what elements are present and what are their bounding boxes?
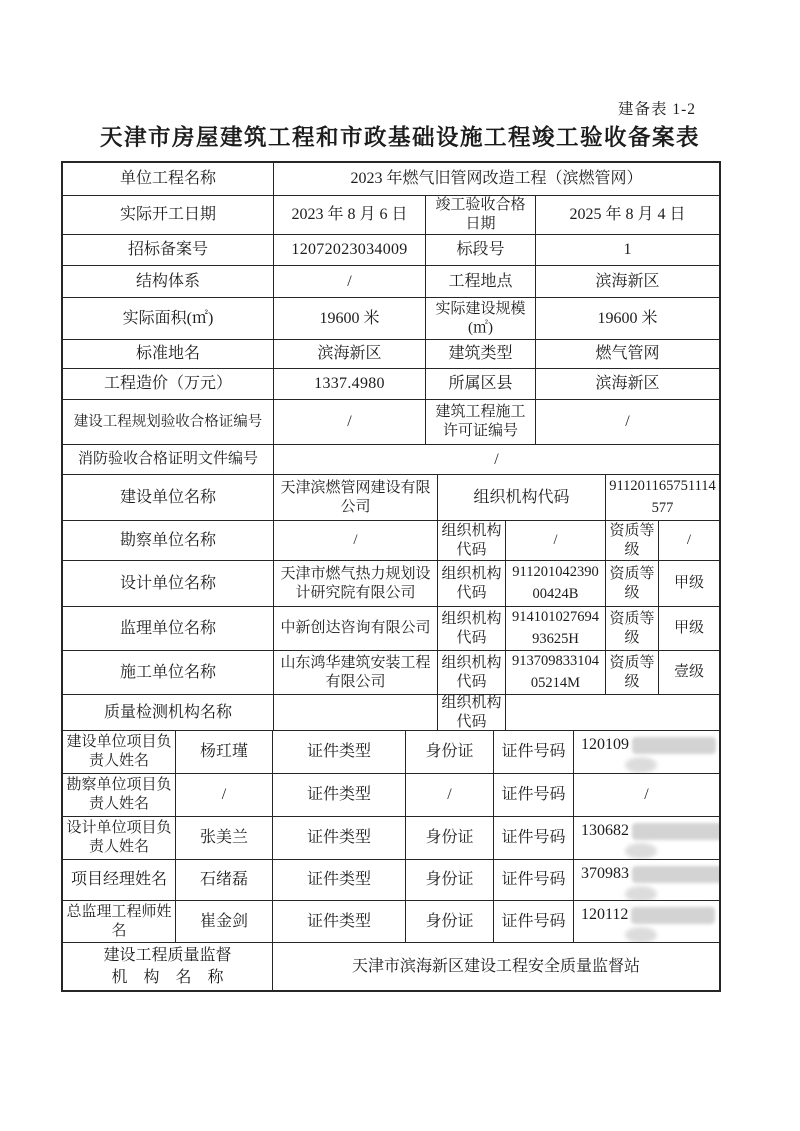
survey-pm-doc-no-label: 证件号码 bbox=[494, 774, 574, 816]
table-row: 招标备案号 12072023034009 标段号 1 bbox=[63, 235, 719, 266]
project-manager-doc-type-label: 证件类型 bbox=[273, 860, 406, 900]
table-row: 勘察单位名称 / 组织机构代码 / 资质等级 / bbox=[63, 521, 719, 561]
survey-unit-name: / bbox=[274, 521, 438, 560]
design-pm-doc-no-label: 证件号码 bbox=[494, 817, 574, 859]
survey-pm-name: / bbox=[176, 774, 273, 816]
contractor-org-code-label: 组织机构代码 bbox=[438, 651, 506, 694]
survey-pm-doc-type: / bbox=[406, 774, 494, 816]
quality-test-org-label: 质量检测机构名称 bbox=[63, 695, 274, 730]
survey-grade-label: 资质等级 bbox=[606, 521, 659, 560]
survey-pm-doc-type-label: 证件类型 bbox=[273, 774, 406, 816]
redacted-block bbox=[632, 737, 716, 754]
design-unit-name: 天津市燃气热力规划设计研究院有限公司 bbox=[274, 561, 438, 606]
table-row: 施工单位名称 山东鸿华建筑安装工程有限公司 组织机构代码 91370983310… bbox=[63, 651, 719, 695]
quality-test-org-code-label: 组织机构代码 bbox=[438, 695, 506, 730]
supervision-org-code-label: 组织机构代码 bbox=[438, 607, 506, 650]
design-grade-value: 甲级 bbox=[659, 561, 719, 606]
planning-acceptance-cert-label: 建设工程规划验收合格证编号 bbox=[63, 400, 274, 444]
chief-supervisor-doc-no: 120112 bbox=[574, 901, 719, 942]
table-row: 建设单位项目负责人姓名 杨玒瑾 证件类型 身份证 证件号码 120109 bbox=[63, 731, 719, 774]
supervision-org-code-value: 91410102769493625H bbox=[506, 607, 606, 650]
chief-supervisor-label: 总监理工程师姓名 bbox=[63, 901, 176, 942]
id-number-prefix: 120109 bbox=[581, 735, 629, 755]
redacted-block bbox=[632, 823, 719, 840]
quality-supervision-org-label-line2: 机 构 名 称 bbox=[103, 967, 231, 989]
survey-org-code-label: 组织机构代码 bbox=[438, 521, 506, 560]
actual-scale-label: 实际建设规模(㎡) bbox=[426, 298, 536, 339]
construction-permit-label: 建筑工程施工许可证编号 bbox=[426, 400, 536, 444]
table-row: 建设工程质量监督 机 构 名 称 天津市滨海新区建设工程安全质量监督站 bbox=[63, 943, 719, 990]
fire-acceptance-doc-label: 消防验收合格证明文件编号 bbox=[63, 445, 274, 474]
owner-org-code-label: 组织机构代码 bbox=[438, 475, 606, 520]
actual-area-value: 19600 米 bbox=[274, 298, 426, 339]
structure-system-value: / bbox=[274, 266, 426, 297]
owner-pm-name: 杨玒瑾 bbox=[176, 731, 273, 773]
survey-grade-value: / bbox=[659, 521, 719, 560]
quality-supervision-org-value: 天津市滨海新区建设工程安全质量监督站 bbox=[273, 943, 719, 990]
section-no-value: 1 bbox=[536, 235, 719, 265]
table-row: 勘察单位项目负责人姓名 / 证件类型 / 证件号码 / bbox=[63, 774, 719, 817]
design-org-code-label: 组织机构代码 bbox=[438, 561, 506, 606]
table-row: 工程造价（万元） 1337.4980 所属区县 滨海新区 bbox=[63, 369, 719, 400]
form-title: 天津市房屋建筑工程和市政基础设施工程竣工验收备案表 bbox=[0, 120, 800, 152]
redacted-block bbox=[631, 907, 715, 924]
actual-start-date-value: 2023 年 8 月 6 日 bbox=[274, 196, 426, 234]
table-row: 项目经理姓名 石绪磊 证件类型 身份证 证件号码 370983 bbox=[63, 860, 719, 901]
design-pm-name: 张美兰 bbox=[176, 817, 273, 859]
project-manager-doc-type: 身份证 bbox=[406, 860, 494, 900]
contractor-unit-label: 施工单位名称 bbox=[63, 651, 274, 694]
id-number-prefix: 120112 bbox=[581, 905, 628, 925]
redacted-block bbox=[625, 843, 657, 859]
quality-test-org-name bbox=[274, 695, 438, 730]
design-unit-label: 设计单位名称 bbox=[63, 561, 274, 606]
planning-acceptance-cert-value: / bbox=[274, 400, 426, 444]
table-row: 实际面积(㎡) 19600 米 实际建设规模(㎡) 19600 米 bbox=[63, 298, 719, 340]
survey-unit-label: 勘察单位名称 bbox=[63, 521, 274, 560]
project-manager-name: 石绪磊 bbox=[176, 860, 273, 900]
chief-supervisor-doc-type: 身份证 bbox=[406, 901, 494, 942]
contractor-org-code-value: 91370983310405214M bbox=[506, 651, 606, 694]
design-pm-doc-no: 130682 bbox=[574, 817, 719, 859]
redacted-block bbox=[625, 886, 657, 900]
scanned-form-page: 建备表 1-2 天津市房屋建筑工程和市政基础设施工程竣工验收备案表 单位工程名称… bbox=[0, 0, 800, 1131]
chief-supervisor-doc-type-label: 证件类型 bbox=[273, 901, 406, 942]
quality-supervision-org-label-line1: 建设工程质量监督 bbox=[103, 945, 231, 967]
quality-supervision-org-label: 建设工程质量监督 机 构 名 称 bbox=[63, 943, 273, 990]
chief-supervisor-doc-no-label: 证件号码 bbox=[494, 901, 574, 942]
district-value: 滨海新区 bbox=[536, 369, 719, 399]
contractor-grade-label: 资质等级 bbox=[606, 651, 659, 694]
actual-start-date-label: 实际开工日期 bbox=[63, 196, 274, 234]
contractor-grade-value: 壹级 bbox=[659, 651, 719, 694]
supervision-grade-label: 资质等级 bbox=[606, 607, 659, 650]
table-row: 消防验收合格证明文件编号 / bbox=[63, 445, 719, 475]
fire-acceptance-doc-value: / bbox=[274, 445, 719, 474]
bid-record-no-value: 12072023034009 bbox=[274, 235, 426, 265]
structure-system-label: 结构体系 bbox=[63, 266, 274, 297]
section-no-label: 标段号 bbox=[426, 235, 536, 265]
table-row: 设计单位名称 天津市燃气热力规划设计研究院有限公司 组织机构代码 9112010… bbox=[63, 561, 719, 607]
project-manager-doc-no-label: 证件号码 bbox=[494, 860, 574, 900]
supervision-grade-value: 甲级 bbox=[659, 607, 719, 650]
project-manager-label: 项目经理姓名 bbox=[63, 860, 176, 900]
table-row: 总监理工程师姓名 崔金剑 证件类型 身份证 证件号码 120112 bbox=[63, 901, 719, 943]
redacted-block bbox=[625, 927, 657, 942]
owner-pm-doc-no: 120109 bbox=[574, 731, 719, 773]
table-row: 结构体系 / 工程地点 滨海新区 bbox=[63, 266, 719, 298]
construction-owner-label: 建设单位名称 bbox=[63, 475, 274, 520]
survey-pm-label: 勘察单位项目负责人姓名 bbox=[63, 774, 176, 816]
table-row: 标准地名 滨海新区 建筑类型 燃气管网 bbox=[63, 340, 719, 369]
supervision-unit-label: 监理单位名称 bbox=[63, 607, 274, 650]
district-label: 所属区县 bbox=[426, 369, 536, 399]
table-row: 质量检测机构名称 组织机构代码 bbox=[63, 695, 719, 731]
quality-test-org-code-value bbox=[506, 695, 719, 730]
contractor-unit-name: 山东鸿华建筑安装工程有限公司 bbox=[274, 651, 438, 694]
owner-pm-doc-no-label: 证件号码 bbox=[494, 731, 574, 773]
form-number-tag: 建备表 1-2 bbox=[618, 97, 696, 119]
acceptance-date-label: 竣工验收合格日期 bbox=[426, 196, 536, 234]
project-cost-label: 工程造价（万元） bbox=[63, 369, 274, 399]
bid-record-no-label: 招标备案号 bbox=[63, 235, 274, 265]
filing-form-table: 单位工程名称 2023 年燃气旧管网改造工程（滨燃管网） 实际开工日期 2023… bbox=[61, 161, 721, 992]
survey-org-code-value: / bbox=[506, 521, 606, 560]
owner-pm-doc-type-label: 证件类型 bbox=[273, 731, 406, 773]
design-pm-doc-type-label: 证件类型 bbox=[273, 817, 406, 859]
table-row: 设计单位项目负责人姓名 张美兰 证件类型 身份证 证件号码 130682 bbox=[63, 817, 719, 860]
table-row: 实际开工日期 2023 年 8 月 6 日 竣工验收合格日期 2025 年 8 … bbox=[63, 196, 719, 235]
actual-scale-value: 19600 米 bbox=[536, 298, 719, 339]
design-grade-label: 资质等级 bbox=[606, 561, 659, 606]
unit-project-name-label: 单位工程名称 bbox=[63, 163, 274, 195]
redacted-block bbox=[632, 866, 719, 883]
table-row: 建设工程规划验收合格证编号 / 建筑工程施工许可证编号 / bbox=[63, 400, 719, 445]
design-pm-doc-type: 身份证 bbox=[406, 817, 494, 859]
id-number-prefix: 130682 bbox=[581, 821, 629, 841]
project-manager-doc-no: 370983 bbox=[574, 860, 719, 900]
table-row: 单位工程名称 2023 年燃气旧管网改造工程（滨燃管网） bbox=[63, 163, 719, 196]
chief-supervisor-name: 崔金剑 bbox=[176, 901, 273, 942]
unit-project-name-value: 2023 年燃气旧管网改造工程（滨燃管网） bbox=[274, 163, 719, 195]
redacted-block bbox=[625, 757, 657, 773]
building-type-value: 燃气管网 bbox=[536, 340, 719, 368]
acceptance-date-value: 2025 年 8 月 4 日 bbox=[536, 196, 719, 234]
id-number-prefix: 370983 bbox=[581, 864, 629, 884]
construction-owner-name: 天津滨燃管网建设有限公司 bbox=[274, 475, 438, 520]
design-pm-label: 设计单位项目负责人姓名 bbox=[63, 817, 176, 859]
survey-pm-doc-no: / bbox=[574, 774, 719, 816]
design-org-code-value: 91120104239000424B bbox=[506, 561, 606, 606]
project-location-label: 工程地点 bbox=[426, 266, 536, 297]
owner-org-code-value: 911201165751114577 bbox=[606, 475, 719, 520]
table-row: 监理单位名称 中新创达咨询有限公司 组织机构代码 914101027694936… bbox=[63, 607, 719, 651]
construction-permit-value: / bbox=[536, 400, 719, 444]
actual-area-label: 实际面积(㎡) bbox=[63, 298, 274, 339]
project-cost-value: 1337.4980 bbox=[274, 369, 426, 399]
standard-place-value: 滨海新区 bbox=[274, 340, 426, 368]
standard-place-label: 标准地名 bbox=[63, 340, 274, 368]
owner-pm-doc-type: 身份证 bbox=[406, 731, 494, 773]
table-row: 建设单位名称 天津滨燃管网建设有限公司 组织机构代码 9112011657511… bbox=[63, 475, 719, 521]
building-type-label: 建筑类型 bbox=[426, 340, 536, 368]
supervision-unit-name: 中新创达咨询有限公司 bbox=[274, 607, 438, 650]
project-location-value: 滨海新区 bbox=[536, 266, 719, 297]
owner-pm-label: 建设单位项目负责人姓名 bbox=[63, 731, 176, 773]
